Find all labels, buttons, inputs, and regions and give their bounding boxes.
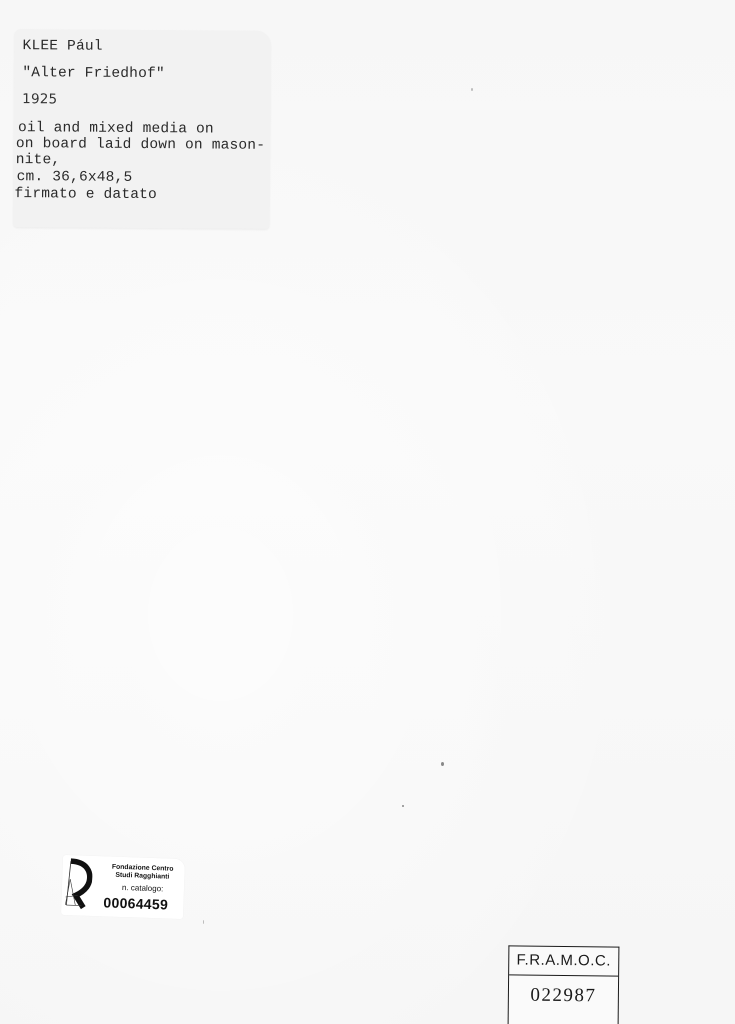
typed-artwork-label: KLEE Pául "Alter Friedhof" 1925 oil and … bbox=[13, 29, 270, 229]
artwork-year: 1925 bbox=[22, 91, 57, 107]
artist-name: KLEE Pául bbox=[23, 38, 103, 55]
catalog-number: 00064459 bbox=[103, 894, 168, 912]
artwork-title: "Alter Friedhof" bbox=[22, 65, 165, 82]
medium-line-1: oil and mixed media on bbox=[18, 120, 214, 137]
ragghianti-r-logo-icon bbox=[63, 857, 93, 910]
dust-speck bbox=[441, 762, 444, 766]
catalog-sticker: Fondazione Centro Studi Ragghianti n. ca… bbox=[61, 855, 185, 919]
catalog-label: n. catalogo: bbox=[122, 883, 164, 893]
organization-name: Fondazione Centro Studi Ragghianti bbox=[100, 863, 185, 882]
medium-line-2: on board laid down on mason- bbox=[16, 136, 265, 154]
framoc-number: 022987 bbox=[509, 984, 618, 1007]
framoc-header: F.R.A.M.O.C. bbox=[509, 946, 618, 976]
dust-speck bbox=[402, 805, 404, 807]
artwork-dimensions: cm. 36,6x48,5 bbox=[17, 169, 133, 186]
signature-note: firmato e datato bbox=[14, 186, 157, 203]
dust-speck bbox=[471, 88, 473, 91]
framoc-stamp: F.R.A.M.O.C. 022987 bbox=[508, 945, 620, 1024]
medium-line-3: nite, bbox=[16, 152, 61, 168]
dust-speck bbox=[203, 920, 204, 924]
